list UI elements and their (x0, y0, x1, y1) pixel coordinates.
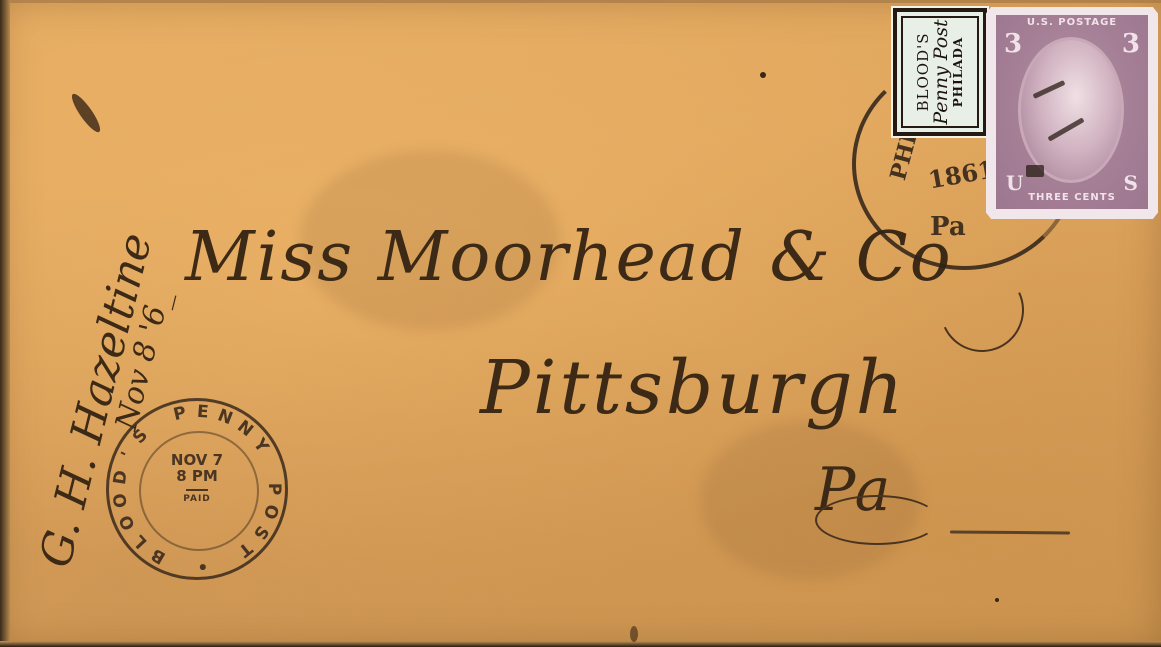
envelope-top-edge (0, 0, 1161, 3)
handstamp-ring-letter: P (262, 479, 284, 499)
envelope: G. H. Hazeltine Nov 8 '6_ Miss Moorhead … (0, 0, 1161, 647)
stamp-top-label: U.S. POSTAGE (986, 17, 1158, 28)
ink-spot (995, 598, 999, 602)
recipient-name: Miss Moorhead & Co (185, 218, 953, 297)
stamp-line-penny-post: Penny Post (932, 19, 952, 124)
ink-spot (760, 72, 766, 78)
ink-blot (68, 91, 104, 136)
bloods-penny-post-stamp: BLOOD'S Penny Post PHILADA (893, 8, 987, 136)
stamp-denomination-right: 3 (1122, 29, 1140, 59)
handstamp-ring-letter: D (109, 466, 134, 489)
stamp-bottom-label: THREE CENTS (986, 192, 1158, 203)
handstamp-sub: PAID (109, 495, 285, 504)
handstamp-ring-letter (168, 550, 192, 576)
cancel-mark (1026, 165, 1044, 177)
us-3-cent-stamp: U.S. POSTAGE 3 3 U S THREE CENTS (986, 7, 1158, 219)
handstamp-ring-letter: • (192, 553, 214, 576)
postmark-state: Pa (930, 212, 966, 242)
envelope-left-edge (0, 0, 10, 647)
stamp-line-philada: PHILADA (952, 19, 965, 124)
envelope-bottom-edge (0, 641, 1161, 647)
washington-portrait (1018, 37, 1124, 183)
bloods-handstamp: NOV 7 8 PM PAID BLOOD'S PENNY POST • (106, 398, 288, 580)
state-underline (950, 530, 1070, 534)
handstamp-dash (186, 489, 208, 491)
ink-spot (630, 626, 638, 642)
handstamp-ring-letter: O (109, 489, 134, 512)
stamp-denomination-left: 3 (1004, 29, 1022, 59)
recipient-city: Pittsburgh (480, 345, 906, 431)
handstamp-ring-letter: P (168, 402, 192, 428)
handstamp-ring-letter: E (192, 401, 214, 424)
stamp-text: BLOOD'S Penny Post PHILADA (916, 19, 964, 124)
handwriting-flourish (815, 495, 939, 545)
